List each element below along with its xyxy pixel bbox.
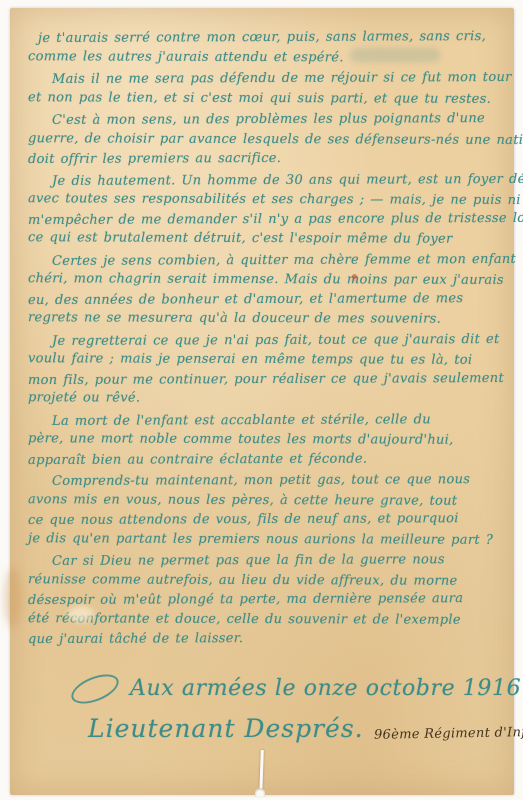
handwritten-line: je t'aurais serré contre mon cœur, puis,… [28,27,500,49]
handwritten-line: Mais il ne me sera pas défendu de me réj… [28,68,500,90]
handwritten-line: guerre, de choisir par avance lesquels d… [28,129,500,150]
handwritten-line: Certes je sens combien, à quitter ma chè… [28,249,500,271]
paragraph: Car si Dieu ne permet pas que la fin de … [28,551,500,649]
handwritten-line: C'est à mon sens, un des problèmes les p… [28,109,500,131]
paragraph: Je regretterai ce que je n'ai pas fait, … [28,331,500,409]
handwritten-line: je dis qu'en partant les premiers nous a… [28,529,500,550]
handwritten-line: désespoir où m'eût plongé ta perte, ma d… [28,589,500,611]
handwritten-line: mon fils, pour me continuer, pour réalis… [28,368,500,390]
handwritten-line: voulu faire ; mais je penserai en même t… [28,349,500,370]
handwritten-line: que j'aurai tâché de te laisser. [28,628,500,650]
handwritten-line: m'empêcher de me demander s'il n'y a pas… [28,208,500,230]
paragraph: Certes je sens combien, à quitter ma chè… [28,251,500,329]
handwritten-line: père, une mort noble comme toutes les mo… [28,429,500,450]
letter-paper: je t'aurais serré contre mon cœur, puis,… [10,8,514,795]
handwritten-line: comme les autres j'aurais attendu et esp… [28,47,500,68]
handwritten-line: avons mis en vous, nous les pères, à cet… [28,490,500,511]
paper-stain-red [352,274,357,279]
flourish-oval-icon [67,668,122,709]
handwritten-line: eu, des années de bonheur et d'amour, et… [28,288,500,310]
paragraph: je t'aurais serré contre mon cœur, puis,… [28,28,500,67]
handwritten-line: regrets ne se mesurera qu'à la douceur d… [28,308,500,329]
letter-body: je t'aurais serré contre mon cœur, puis,… [28,28,500,651]
handwritten-line: chéri, mon chagrin serait immense. Mais … [28,269,500,290]
handwritten-line: projeté ou rêvé. [28,388,500,409]
paragraph: Comprends-tu maintenant, mon petit gas, … [28,471,500,549]
handwritten-line: Car si Dieu ne permet pas que la fin de … [28,550,500,572]
handwritten-line: réunisse comme autrefois, au lieu du vid… [28,570,500,591]
signature-row: Lieutenant Després. 96ème Régiment d'Inf… [88,714,518,743]
paragraph: Je dis hautement. Un homme de 30 ans qui… [28,171,500,249]
handwritten-line: avec toutes ses responsabilités et ses c… [28,189,500,210]
handwritten-line: Je regretterai ce que je n'ai pas fait, … [28,329,500,351]
regiment-note: 96ème Régiment d'Infanterie [374,724,523,743]
handwritten-line: doit offrir les premiers au sacrifice. [28,148,500,170]
paper-stain-light [68,606,94,622]
handwritten-line: été réconfortante et douce, celle du sou… [28,609,500,630]
paragraph: C'est à mon sens, un des problèmes les p… [28,110,500,169]
handwritten-line: ce que nous attendons de vous, fils de n… [28,509,500,531]
handwritten-line: La mort de l'enfant est accablante et st… [28,409,500,431]
paragraph: Mais il ne me sera pas défendu de me réj… [28,69,500,108]
paper-stain-edge [4,568,22,628]
handwritten-line: apparaît bien au contraire éclatante et … [28,448,500,470]
signature: Lieutenant Després. [88,714,364,743]
paper-tear-notch [255,788,265,797]
dateline: Aux armées le onze octobre 1916 [70,676,490,701]
handwritten-line: et non pas le tien, et si c'est moi qui … [28,88,500,109]
paragraph: La mort de l'enfant est accablante et st… [28,411,500,470]
dateline-text: Aux armées le onze octobre 1916 [130,676,521,701]
handwritten-line: Comprends-tu maintenant, mon petit gas, … [28,470,500,492]
handwritten-line: ce qui est brutalement détruit, c'est l'… [28,228,500,249]
handwritten-line: Je dis hautement. Un homme de 30 ans qui… [28,169,500,191]
